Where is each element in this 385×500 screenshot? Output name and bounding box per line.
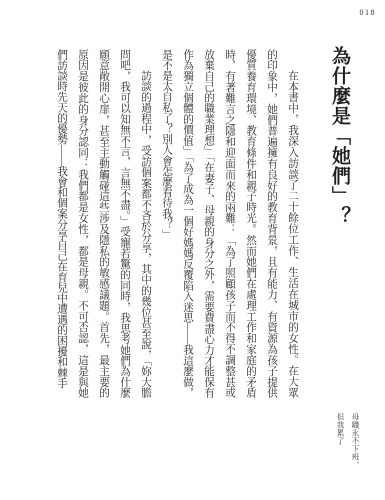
- book-page: 018 為什麼是「她們」？ 在本書中，我深入訪談了二十餘位工作、生活在城市的女性…: [0, 0, 385, 500]
- section-title: 為什麼是「她們」？: [326, 46, 353, 226]
- running-title: 母職永不下班，但我累了: [333, 413, 363, 469]
- paragraph: 訪談的過程中，受訪個案都不吝於分享，其中的幾位甚至說，「妳大膽問吧，我可以知無不…: [51, 49, 156, 398]
- paragraph: 在本書中，我深入訪談了二十餘位工作、生活在城市的女性。在大眾的印象中，她們普遍擁…: [156, 49, 303, 398]
- page-number: 018: [360, 8, 377, 17]
- body-text: 在本書中，我深入訪談了二十餘位工作、生活在城市的女性。在大眾的印象中，她們普遍擁…: [51, 49, 303, 398]
